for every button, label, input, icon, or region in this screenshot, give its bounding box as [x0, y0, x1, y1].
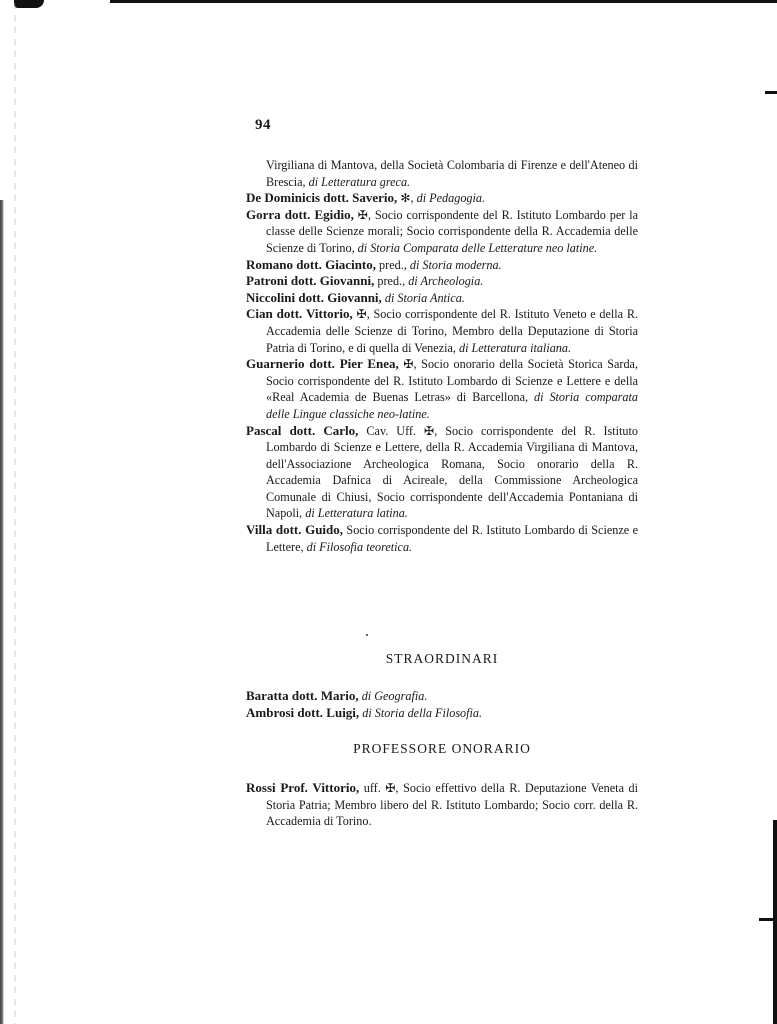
page-number: 94 — [255, 117, 271, 134]
entry-name: Romano dott. Giacinto, — [246, 257, 376, 272]
entry-de-dominicis: De Dominicis dott. Saverio, ✻, di Pedago… — [246, 190, 638, 207]
entry-subject: di Storia Antica. — [382, 291, 465, 305]
entry-name: Pascal dott. Carlo, — [246, 423, 358, 438]
entry-guarnerio: Guarnerio dott. Pier Enea, ✠, Socio onor… — [246, 356, 638, 422]
entry-romano: Romano dott. Giacinto, pred., di Storia … — [246, 257, 638, 274]
entry-subject: di Geografia. — [359, 689, 428, 703]
scan-speck — [366, 634, 368, 636]
entry-subject: di Storia Comparata delle Letterature ne… — [355, 241, 598, 255]
entry-name: Niccolini dott. Giovanni, — [246, 290, 382, 305]
entry-subject: di Storia moderna. — [407, 258, 502, 272]
scan-smudge — [14, 0, 44, 8]
entry-subject: di Letteratura greca. — [309, 175, 410, 189]
entry-name: De Dominicis dott. Saverio, — [246, 190, 397, 205]
entry-baratta: Baratta dott. Mario, di Geografia. — [246, 688, 638, 705]
entry-cian: Cian dott. Vittorio, ✠, Socio corrispond… — [246, 306, 638, 356]
entry-villa: Villa dott. Guido, Socio corrispondente … — [246, 522, 638, 555]
entry-subject: di Letteratura latina. — [302, 506, 408, 520]
ordinari-list: Virgiliana di Mantova, della Società Col… — [246, 157, 638, 555]
entry-niccolini: Niccolini dott. Giovanni, di Storia Anti… — [246, 290, 638, 307]
entry-subject: di Archeologia. — [405, 274, 483, 288]
entry-details: pred., — [376, 258, 407, 272]
scan-border-left — [0, 200, 4, 1024]
entry-subject: di Letteratura italiana. — [456, 341, 571, 355]
scan-border-right — [773, 820, 777, 1024]
section-heading-onorario: PROFESSORE ONORARIO — [246, 741, 638, 757]
section-heading-straordinari: STRAORDINARI — [246, 651, 638, 667]
entry-patroni: Patroni dott. Giovanni, pred., di Archeo… — [246, 273, 638, 290]
entry-subject: di Filosofia teoretica. — [304, 540, 413, 554]
scan-mark — [765, 91, 777, 94]
entry-continuation: Virgiliana di Mantova, della Società Col… — [246, 157, 638, 190]
entry-gorra: Gorra dott. Egidio, ✠, Socio corrisponde… — [246, 207, 638, 257]
scan-border-top — [110, 0, 777, 3]
scan-noise-left — [14, 0, 16, 1024]
entry-subject: di Pedagogia. — [414, 191, 485, 205]
entry-name: Gorra dott. Egidio, — [246, 207, 354, 222]
entry-details: pred., — [374, 274, 405, 288]
entry-name: Villa dott. Guido, — [246, 522, 343, 537]
entry-ambrosi: Ambrosi dott. Luigi, di Storia della Fil… — [246, 705, 638, 722]
entry-name: Ambrosi dott. Luigi, — [246, 705, 359, 720]
entry-pascal: Pascal dott. Carlo, Cav. Uff. ✠, Socio c… — [246, 423, 638, 523]
entry-name: Rossi Prof. Vittorio, — [246, 780, 359, 795]
entry-name: Patroni dott. Giovanni, — [246, 273, 374, 288]
onorario-list: Rossi Prof. Vittorio, uff. ✠, Socio effe… — [246, 780, 638, 830]
straordinari-list: Baratta dott. Mario, di Geografia. Ambro… — [246, 688, 638, 721]
entry-details: ✻, — [397, 191, 413, 205]
entry-name: Guarnerio dott. Pier Enea, — [246, 356, 399, 371]
entry-subject: di Storia della Filosofia. — [359, 706, 482, 720]
entry-name: Baratta dott. Mario, — [246, 688, 359, 703]
entry-name: Cian dott. Vittorio, — [246, 306, 353, 321]
entry-rossi: Rossi Prof. Vittorio, uff. ✠, Socio effe… — [246, 780, 638, 830]
scan-mark — [759, 918, 773, 921]
